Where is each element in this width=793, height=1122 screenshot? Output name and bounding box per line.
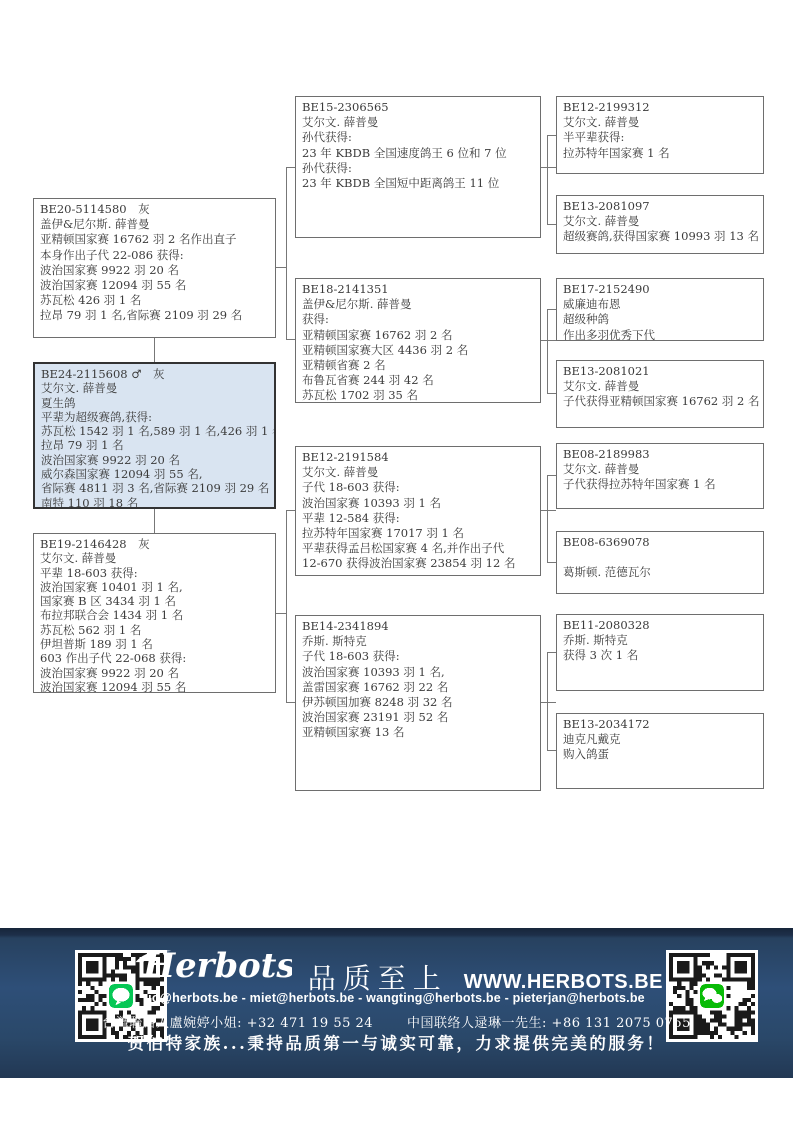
ring-number: BE13-2034172: [563, 717, 757, 732]
detail-line: 超级种鸽: [563, 312, 757, 327]
detail-line: 南特 110 羽 18 名: [41, 496, 268, 509]
pedigree-box-dam: BE19-2146428 灰 艾尔文. 薛普曼平辈 18-603 获得:波治国家…: [33, 533, 276, 693]
pedigree-box-ggparent-7: BE11-2080328 乔斯. 斯特克获得 3 次 1 名: [556, 614, 764, 691]
pedigree-box-granddam-1: BE18-2141351 盖伊&尼尔斯. 薛普曼获得:亚精顿国家赛 16762 …: [295, 278, 541, 403]
detail-line: 平辈 12-584 获得:: [302, 511, 534, 526]
detail-line: 威廉迪布恩: [563, 297, 757, 312]
detail-line: 拉昂 79 羽 1 名,省际赛 2109 羽 29 名: [40, 308, 269, 323]
connector-line: [154, 509, 155, 533]
connector-line: [541, 702, 556, 703]
detail-line: 半平辈获得:: [563, 130, 757, 145]
detail-line: 超级赛鸽,获得国家赛 10993 羽 13 名: [563, 229, 757, 244]
detail-line: 子代 18-603 获得:: [302, 480, 534, 495]
detail-line: 子代获得亚精顿国家赛 16762 羽 2 名: [563, 394, 757, 409]
pedigree-box-ggparent-8: BE13-2034172 迪克凡戴克购入鸽蛋: [556, 713, 764, 789]
detail-line: 23 年 KBDB 全国短中距离鸽王 11 位: [302, 176, 534, 191]
box-details: 艾尔文. 薛普曼子代获得拉苏特年国家赛 1 名: [563, 462, 757, 492]
box-details: 艾尔文. 薛普曼半平辈获得:拉苏特年国家赛 1 名: [563, 115, 757, 161]
ring-number: BE20-5114580 灰: [40, 202, 269, 217]
ring-number: BE14-2341894: [302, 619, 534, 634]
detail-line: 拉苏特年国家赛 1 名: [563, 146, 757, 161]
box-details: 艾尔文. 薛普曼夏生鸽平辈为超级赛鸽,获得:苏瓦松 1542 羽 1 名,589…: [41, 381, 268, 509]
detail-line: 苏瓦松 426 羽 1 名: [40, 293, 269, 308]
detail-line: [563, 550, 757, 565]
detail-line: 平辈为超级赛鸽,获得:: [41, 410, 268, 424]
pedigree-box-ggparent-5: BE08-2189983 艾尔文. 薛普曼子代获得拉苏特年国家赛 1 名: [556, 443, 764, 509]
detail-line: 艾尔文. 薛普曼: [41, 381, 268, 395]
detail-line: 艾尔文. 薛普曼: [563, 462, 757, 477]
connector-line: [541, 167, 556, 168]
detail-line: 艾尔文. 薛普曼: [302, 115, 534, 130]
detail-line: 盖雷国家赛 16762 羽 22 名: [302, 680, 534, 695]
pedigree-box-ggparent-4: BE13-2081021 艾尔文. 薛普曼子代获得亚精顿国家赛 16762 羽 …: [556, 360, 764, 428]
detail-line: 12-670 获得波治国家赛 23854 羽 12 名: [302, 556, 534, 571]
detail-line: 23 年 KBDB 全国速度鸽王 6 位和 7 位: [302, 146, 534, 161]
connector-line: [541, 340, 556, 341]
contact-taiwan: 台灣聯絡人盧婉婷小姐: +32 471 19 55 24: [102, 1016, 373, 1031]
connector-line: [286, 510, 295, 511]
connector-line: [547, 309, 556, 310]
email-list: jo@herbots.be - miet@herbots.be - wangti…: [0, 991, 793, 1005]
ring-number: BE13-2081097: [563, 199, 757, 214]
detail-line: 603 作出子代 22-068 获得:: [40, 651, 269, 665]
detail-line: 拉昂 79 羽 1 名: [41, 438, 268, 452]
detail-line: 乔斯. 斯特克: [563, 633, 757, 648]
detail-line: 艾尔文. 薛普曼: [563, 214, 757, 229]
pedigree-page: BE20-5114580 灰 盖伊&尼尔斯. 薛普曼亚精顿国家赛 16762 羽…: [0, 0, 793, 1122]
detail-line: 波治国家赛 23191 羽 52 名: [302, 710, 534, 725]
detail-line: 本身作出子代 22-086 获得:: [40, 248, 269, 263]
connector-line: [547, 475, 548, 562]
detail-line: 威尔森国家赛 12094 羽 55 名,: [41, 467, 268, 481]
detail-line: 获得:: [302, 312, 534, 327]
detail-line: 布拉邦联合会 1434 羽 1 名: [40, 608, 269, 622]
brand-row: Herbots 品质至上 WWW.HERBOTS.BE: [130, 940, 663, 988]
box-details: 艾尔文. 薛普曼孙代获得:23 年 KBDB 全国速度鸽王 6 位和 7 位孙代…: [302, 115, 534, 191]
detail-line: 波治国家赛 10401 羽 1 名,: [40, 580, 269, 594]
connector-line: [547, 224, 556, 225]
detail-line: 盖伊&尼尔斯. 薛普曼: [40, 217, 269, 232]
connector-line: [286, 167, 287, 339]
detail-line: 波治国家赛 10393 羽 1 名: [302, 496, 534, 511]
pedigree-box-ggparent-6: BE08-6369078 葛斯顿. 范德瓦尔: [556, 531, 764, 594]
ring-number: BE11-2080328: [563, 618, 757, 633]
detail-line: 亚精顿国家赛 13 名: [302, 725, 534, 740]
box-details: 乔斯. 斯特克子代 18-603 获得:波治国家赛 10393 羽 1 名,盖雷…: [302, 634, 534, 740]
connector-line: [286, 339, 295, 340]
detail-line: 波治国家赛 9922 羽 20 名: [40, 666, 269, 680]
detail-line: 获得 3 次 1 名: [563, 648, 757, 663]
detail-line: 苏瓦松 562 羽 1 名: [40, 623, 269, 637]
pedigree-box-ggparent-2: BE13-2081097 艾尔文. 薛普曼超级赛鸽,获得国家赛 10993 羽 …: [556, 195, 764, 254]
detail-line: 波治国家赛 9922 羽 20 名: [40, 263, 269, 278]
connector-line: [547, 750, 556, 751]
ring-number: BE19-2146428 灰: [40, 537, 269, 551]
connector-line: [286, 702, 295, 703]
detail-line: 亚精顿国家赛 16762 羽 2 名: [302, 328, 534, 343]
box-details: 迪克凡戴克购入鸽蛋: [563, 732, 757, 762]
pedigree-box-ggparent-1: BE12-2199312 艾尔文. 薛普曼半平辈获得:拉苏特年国家赛 1 名: [556, 96, 764, 174]
connector-line: [547, 309, 548, 393]
connector-line: [154, 338, 155, 362]
ring-number: BE08-2189983: [563, 447, 757, 462]
detail-line: 葛斯顿. 范德瓦尔: [563, 565, 757, 580]
detail-line: 艾尔文. 薛普曼: [563, 115, 757, 130]
ring-number: BE17-2152490: [563, 282, 757, 297]
detail-line: 艾尔文. 薛普曼: [302, 465, 534, 480]
pedigree-box-grandsire-1: BE15-2306565 艾尔文. 薛普曼孙代获得:23 年 KBDB 全国速度…: [295, 96, 541, 238]
box-details: 艾尔文. 薛普曼子代获得亚精顿国家赛 16762 羽 2 名: [563, 379, 757, 409]
connector-line: [547, 135, 556, 136]
detail-line: 伊坦普斯 189 羽 1 名: [40, 637, 269, 651]
detail-line: 盖伊&尼尔斯. 薛普曼: [302, 297, 534, 312]
detail-line: 波治国家赛 12094 羽 55 名: [40, 278, 269, 293]
box-details: 艾尔文. 薛普曼平辈 18-603 获得:波治国家赛 10401 羽 1 名,国…: [40, 551, 269, 693]
detail-line: 亚精顿国家赛 16762 羽 2 名作出直子: [40, 232, 269, 247]
detail-line: 波治国家赛 12094 羽 55 名: [40, 680, 269, 693]
ring-number: BE12-2199312: [563, 100, 757, 115]
ring-number: BE18-2141351: [302, 282, 534, 297]
detail-line: 布鲁瓦省赛 244 羽 42 名: [302, 373, 534, 388]
connector-line: [547, 475, 556, 476]
brand-script-text: Herbots: [142, 945, 292, 985]
connector-line: [286, 510, 287, 702]
pedigree-box-ggparent-3: BE17-2152490 威廉迪布恩超级种鸽作出多羽优秀下代: [556, 278, 764, 341]
detail-line: 国家赛 B 区 3434 羽 1 名: [40, 594, 269, 608]
slogan-text: 贺伯特家族...秉持品质第一与诚实可靠，力求提供完美的服务！: [0, 1030, 793, 1054]
detail-line: 孙代获得:: [302, 161, 534, 176]
detail-line: 孙代获得:: [302, 130, 534, 145]
detail-line: 子代获得拉苏特年国家赛 1 名: [563, 477, 757, 492]
box-details: 威廉迪布恩超级种鸽作出多羽优秀下代: [563, 297, 757, 341]
detail-line: 迪克凡戴克: [563, 732, 757, 747]
ring-number: BE08-6369078: [563, 535, 757, 550]
connector-line: [547, 135, 548, 224]
pedigree-box-subject: BE24-2115608 ♂ 灰 艾尔文. 薛普曼夏生鸽平辈为超级赛鸽,获得:苏…: [33, 362, 276, 509]
connector-line: [547, 562, 556, 563]
connector-line: [547, 393, 556, 394]
detail-line: 苏瓦松 1542 羽 1 名,589 羽 1 名,426 羽 1 名: [41, 424, 268, 438]
connector-line: [547, 652, 548, 750]
detail-line: 子代 18-603 获得:: [302, 649, 534, 664]
detail-line: 平辈获得孟吕松国家赛 4 名,并作出子代: [302, 541, 534, 556]
connector-line: [286, 167, 295, 168]
box-details: 盖伊&尼尔斯. 薛普曼获得:亚精顿国家赛 16762 羽 2 名亚精顿国家赛大区…: [302, 297, 534, 403]
ring-number: BE24-2115608 ♂ 灰: [41, 367, 268, 381]
contact-line: 台灣聯絡人盧婉婷小姐: +32 471 19 55 24中国联络人逯琳一先生: …: [0, 1012, 793, 1031]
connector-line: [541, 510, 556, 511]
detail-line: 亚精顿国家赛大区 4436 羽 2 名: [302, 343, 534, 358]
box-details: 艾尔文. 薛普曼子代 18-603 获得:波治国家赛 10393 羽 1 名平辈…: [302, 465, 534, 571]
detail-line: 夏生鸽: [41, 396, 268, 410]
box-details: 艾尔文. 薛普曼超级赛鸽,获得国家赛 10993 羽 13 名: [563, 214, 757, 244]
detail-line: 乔斯. 斯特克: [302, 634, 534, 649]
detail-line: 伊苏顿国加赛 8248 羽 32 名: [302, 695, 534, 710]
detail-line: 拉苏特年国家赛 17017 羽 1 名: [302, 526, 534, 541]
connector-line: [547, 652, 556, 653]
detail-line: 波治国家赛 9922 羽 20 名: [41, 453, 268, 467]
contact-china: 中国联络人逯琳一先生: +86 131 2075 0755: [407, 1016, 691, 1031]
pedigree-box-sire: BE20-5114580 灰 盖伊&尼尔斯. 薛普曼亚精顿国家赛 16762 羽…: [33, 198, 276, 338]
ring-number: BE12-2191584: [302, 450, 534, 465]
detail-line: 亚精顿省赛 2 名: [302, 358, 534, 373]
detail-line: 购入鸽蛋: [563, 747, 757, 762]
pedigree-box-granddam-2: BE14-2341894 乔斯. 斯特克子代 18-603 获得:波治国家赛 1…: [295, 615, 541, 791]
ring-number: BE15-2306565: [302, 100, 534, 115]
box-details: 乔斯. 斯特克获得 3 次 1 名: [563, 633, 757, 663]
detail-line: 作出多羽优秀下代: [563, 328, 757, 341]
detail-line: 省际赛 4811 羽 3 名,省际赛 2109 羽 29 名: [41, 481, 268, 495]
detail-line: 艾尔文. 薛普曼: [40, 551, 269, 565]
detail-line: 艾尔文. 薛普曼: [563, 379, 757, 394]
detail-line: 波治国家赛 10393 羽 1 名,: [302, 665, 534, 680]
herbots-logo: Herbots: [130, 940, 292, 988]
detail-line: 平辈 18-603 获得:: [40, 566, 269, 580]
detail-line: 苏瓦松 1702 羽 35 名: [302, 388, 534, 403]
footer-banner: Herbots 品质至上 WWW.HERBOTS.BE jo@herbots.b…: [0, 928, 793, 1078]
ring-number: BE13-2081021: [563, 364, 757, 379]
pedigree-box-grandsire-2: BE12-2191584 艾尔文. 薛普曼子代 18-603 获得:波治国家赛 …: [295, 446, 541, 576]
box-details: 葛斯顿. 范德瓦尔: [563, 550, 757, 580]
box-details: 盖伊&尼尔斯. 薛普曼亚精顿国家赛 16762 羽 2 名作出直子本身作出子代 …: [40, 217, 269, 323]
